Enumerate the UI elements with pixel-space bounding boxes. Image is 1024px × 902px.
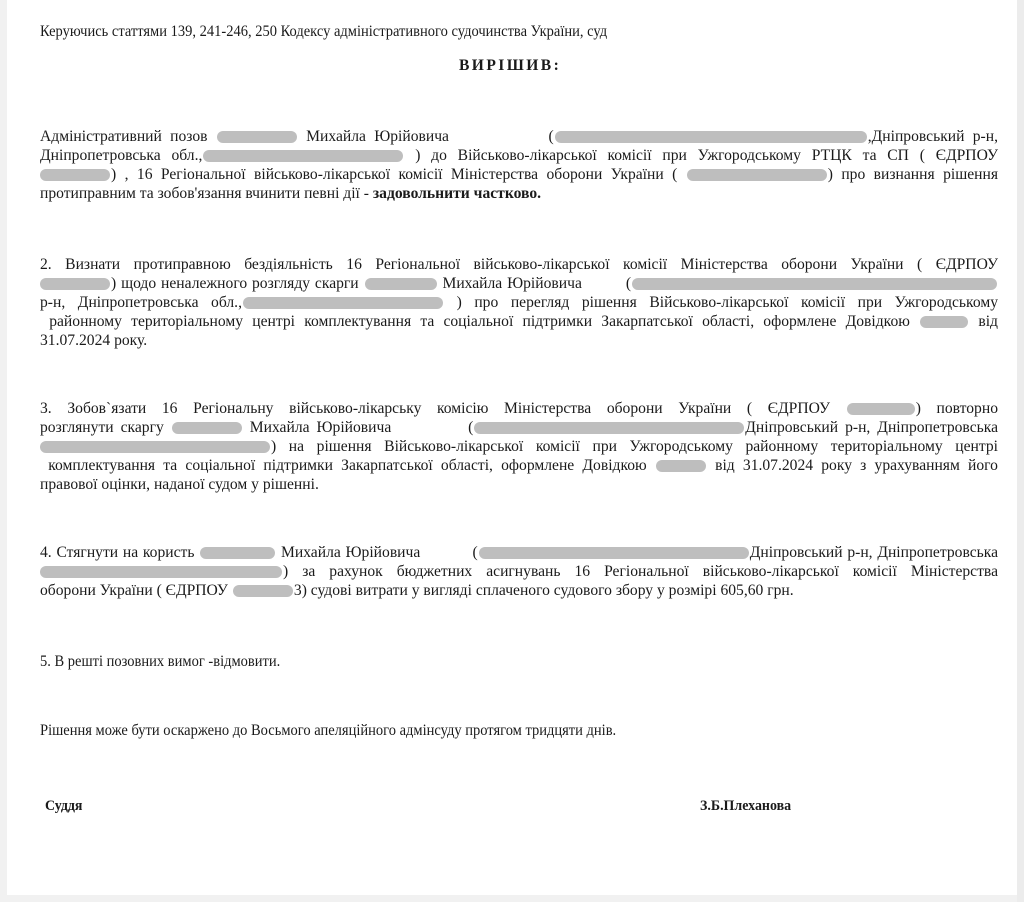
decision-heading: ВИРІШИВ: xyxy=(459,57,561,75)
p2-row-3: р-н, Дніпропетровська обл., ) про перегл… xyxy=(40,293,998,312)
page-edge xyxy=(1017,0,1024,902)
p4-row-1: 4. Стягнути на користь Михайла Юрійовича… xyxy=(40,543,998,562)
signature-role: Суддя xyxy=(45,798,82,815)
redacted-index-rnokpp xyxy=(243,297,443,309)
p3-row-2: розглянути скаргу Михайла Юрійовича (Дні… xyxy=(40,418,998,437)
p1-row-4: протиправним та зобов'язання вчинити пев… xyxy=(40,184,998,203)
redacted-surname xyxy=(200,547,275,559)
redacted-index-rnokpp xyxy=(40,441,270,453)
redacted-certificate-number xyxy=(656,460,706,472)
redacted-address xyxy=(479,547,749,559)
p2-row-5: 31.07.2024 року. xyxy=(40,331,998,350)
paragraph-1: Адміністративний позов Михайла Юрійовича… xyxy=(40,127,998,203)
p1-row-3: ) , 16 Регіональної військово-лікарської… xyxy=(40,165,998,184)
redacted-edrpou xyxy=(40,278,110,290)
redacted-index-rnokpp xyxy=(40,566,282,578)
p3-row-4: комплектування та соціальної підтримки З… xyxy=(40,456,998,475)
preamble: Керуючись статтями 139, 241-246, 250 Код… xyxy=(40,22,607,41)
signature-judge-name: З.Б.Плеханова xyxy=(700,798,791,815)
p2-row-4: районному територіальному центрі комплек… xyxy=(40,312,998,331)
redacted-edrpou xyxy=(233,585,293,597)
ruling-outcome: задовольнити частково. xyxy=(373,185,541,202)
redacted-surname xyxy=(365,278,437,290)
paragraph-5: 5. В решті позовних вимог -відмовити. xyxy=(40,652,280,671)
paragraph-4: 4. Стягнути на користь Михайла Юрійовича… xyxy=(40,543,998,600)
p1-row-1: Адміністративний позов Михайла Юрійовича… xyxy=(40,127,998,146)
paragraph-3: 3. Зобов`язати 16 Регіональну військово-… xyxy=(40,399,998,494)
p1-row-2: Дніпропетровська обл., ) до Військово-лі… xyxy=(40,146,998,165)
p3-row-5: правової оцінки, наданої судом у рішенні… xyxy=(40,475,998,494)
redacted-address xyxy=(632,278,997,290)
p2-row-2: ) щодо неналежного розгляду скарги Михай… xyxy=(40,274,998,293)
court-fee-text: 3) судові витрати у вигляді сплаченого с… xyxy=(294,582,794,599)
redacted-certificate-number xyxy=(920,316,968,328)
p2-row-1: 2. Визнати протиправною бездіяльність 16… xyxy=(40,255,998,274)
document-page: Керуючись статтями 139, 241-246, 250 Код… xyxy=(7,0,1017,895)
paragraph-2: 2. Визнати протиправною бездіяльність 16… xyxy=(40,255,998,350)
redacted-edrpou xyxy=(687,169,827,181)
appeal-notice: Рішення може бути оскаржено до Восьмого … xyxy=(40,721,616,740)
redacted-edrpou xyxy=(847,403,915,415)
redacted-index-rnokpp xyxy=(203,150,403,162)
p3-row-1: 3. Зобов`язати 16 Регіональну військово-… xyxy=(40,399,998,418)
redacted-surname xyxy=(217,131,297,143)
p3-row-3: ) на рішення Військово-лікарської комісі… xyxy=(40,437,998,456)
redacted-address xyxy=(474,422,744,434)
redacted-address xyxy=(555,131,867,143)
p4-row-3: оборони України ( ЄДРПОУ 3) судові витра… xyxy=(40,581,998,600)
redacted-edrpou xyxy=(40,169,110,181)
redacted-surname xyxy=(172,422,242,434)
p4-row-2: ) за рахунок бюджетних асигнувань 16 Рег… xyxy=(40,562,998,581)
